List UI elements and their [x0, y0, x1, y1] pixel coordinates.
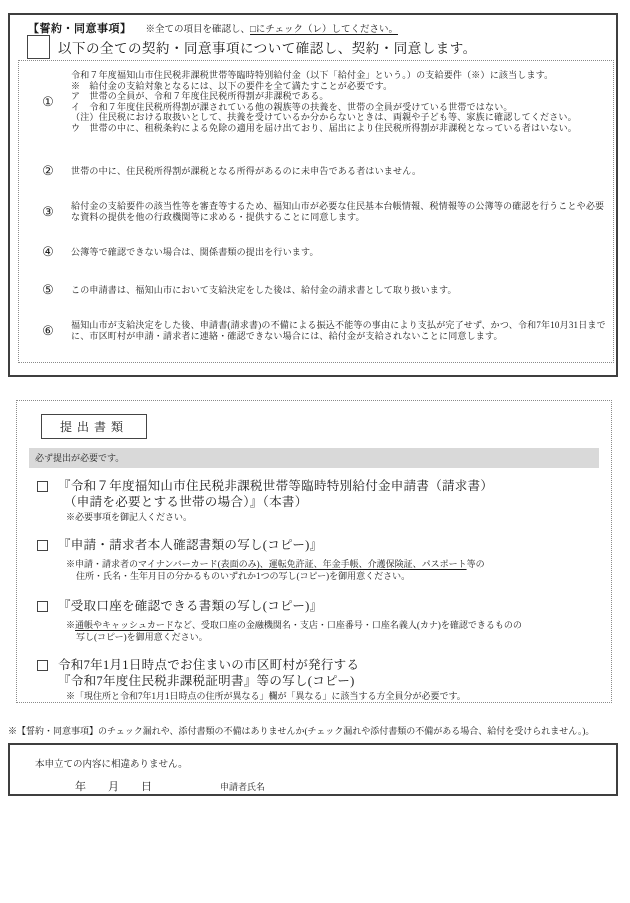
agreement-item: ①令和７年度福知山市住民税非課税世帯等臨時特別給付金（以下「給付金」という。）の…	[25, 70, 607, 133]
agreement-consent-row: 以下の全ての契約・同意事項について確認し、契約・同意します。	[27, 35, 607, 59]
agreement-title: 【誓約・同意事項】	[28, 23, 132, 35]
agreement-item: ③給付金の支給要件の該当性等を審査等するため、福知山市が必要な住民基本台帳情報、…	[25, 201, 607, 222]
agreement-item-number: ⑤	[25, 282, 71, 298]
document-note-plain: など、受取口座の金融機関名・支店・口座番号・口座名義人(カナ)を確認できるものの	[174, 620, 522, 630]
agreement-item: ④公簿等で確認できない場合は、関係書類の提出を行います。	[25, 244, 607, 260]
agreement-item-line: ウ 世帯の中に、租税条約による免除の適用を届け出ており、届出により住民税所得割が…	[71, 123, 607, 134]
date-day-label: 日	[141, 778, 152, 794]
document-item-content: 『令和７年度福知山市住民税非課税世帯等臨時特別給付金申請書（請求書） （申請を必…	[58, 478, 493, 524]
document-item-application-form: 『令和７年度福知山市住民税非課税世帯等臨時特別給付金申請書（請求書） （申請を必…	[29, 478, 599, 524]
declaration-section: 本申立ての内容に相違ありません。 年 月 日 申請者氏名	[8, 743, 618, 796]
agreement-item-line: イ 令和７年度住民税所得割が課されている他の親族等の扶養を、世帯の全員が受けてい…	[71, 102, 607, 113]
document-item-tax-exemption-certificate: 令和7年1月1日時点でお住まいの市区町村が発行する 『令和7年度住民税非課税証明…	[29, 657, 599, 703]
document-note: 住所・氏名・生年月日の分かるものいずれか1つの写し(コピー)を御用意ください。	[76, 571, 485, 583]
document-item-content: 『申請・請求者本人確認書類の写し(コピー)』 ※申請・請求者のマイナンバーカード…	[58, 537, 485, 583]
document-item-bank-account-proof: 『受取口座を確認できる書類の写し(コピー)』 ※通帳やキャッシュカードなど、受取…	[29, 598, 599, 644]
date-year-label: 年	[75, 778, 86, 794]
agreement-item-line: 世帯の中に、住民税所得割が課税となる所得があるのに未申告である者はいません。	[71, 166, 607, 177]
document-note-plain: ※申請・請求者の	[66, 559, 138, 569]
agreement-item-text: 福知山市が支給決定をした後、申請書(請求書)の不備による振込不能等の事由により支…	[71, 320, 607, 341]
agreement-item: ⑤この申請書は、福知山市において支給決定をした後は、給付金の請求書として取り扱い…	[25, 282, 607, 298]
agreement-items-list: ①令和７年度福知山市住民税非課税世帯等臨時特別給付金（以下「給付金」という。）の…	[18, 60, 614, 363]
agreement-item-line: 公簿等で確認できない場合は、関係書類の提出を行います。	[71, 247, 607, 258]
agreement-item-text: 公簿等で確認できない場合は、関係書類の提出を行います。	[71, 247, 607, 258]
document-note: ※申請・請求者のマイナンバーカード(表面のみ)、運転免許証、年金手帳、介護保険証…	[66, 559, 485, 571]
agreement-item-number: ④	[25, 244, 71, 260]
document-note: ※通帳やキャッシュカードなど、受取口座の金融機関名・支店・口座番号・口座名義人(…	[66, 620, 522, 632]
agreement-item-text: 令和７年度福知山市住民税非課税世帯等臨時特別給付金（以下「給付金」という。）の支…	[71, 70, 607, 133]
document-note-plain: ※	[66, 620, 75, 630]
document-checkbox-bank-account-proof[interactable]	[37, 601, 48, 612]
applicant-name-label: 申請者氏名	[220, 780, 265, 793]
documents-required-note: 必ず提出が必要です。	[29, 448, 599, 468]
agreement-item-line: 給付金の支給要件の該当性等を審査等するため、福知山市が必要な住民基本台帳情報、税…	[71, 201, 607, 222]
agreement-item-number: ⑥	[25, 323, 71, 339]
document-note: 写し(コピー)を御用意ください。	[76, 632, 522, 644]
document-checkbox-identity-proof[interactable]	[37, 540, 48, 551]
agreement-item-line: ア 世帯の全員が、令和７年度住民税所得割が非課税である。	[71, 91, 607, 102]
agreement-section: 【誓約・同意事項】※全ての項目を確認し、□にチェック（レ）してください。 以下の…	[8, 13, 618, 377]
agreement-instruction: ※全ての項目を確認し、□にチェック（レ）してください。	[146, 25, 398, 35]
document-checkbox-tax-exemption-certificate[interactable]	[37, 660, 48, 671]
agreement-header: 【誓約・同意事項】※全ての項目を確認し、□にチェック（レ）してください。	[10, 15, 616, 36]
documents-section: 提出書類 必ず提出が必要です。 『令和７年度福知山市住民税非課税世帯等臨時特別給…	[16, 400, 612, 703]
document-title-line: 令和7年1月1日時点でお住まいの市区町村が発行する	[58, 657, 466, 673]
agreement-item-line: （注）住民税における取扱いとして、扶養を受けているか分からないときは、両親や子ど…	[71, 112, 607, 123]
date-month-label: 月	[108, 778, 119, 794]
final-check-warning: ※【誓約・同意事項】のチェック漏れや、添付書類の不備はありませんか(チェック漏れ…	[8, 724, 624, 737]
document-note: ※必要事項を御記入ください。	[66, 512, 493, 524]
document-note-underlined: 通帳やキャッシュカード	[75, 620, 174, 630]
agreement-item-number: ②	[25, 163, 71, 179]
agree-all-checkbox[interactable]	[27, 35, 50, 59]
agreement-item-line: この申請書は、福知山市において支給決定をした後は、給付金の請求書として取り扱いま…	[71, 285, 607, 296]
document-note-plain: 等の	[467, 559, 485, 569]
document-title-line: 『令和7年度住民税非課税証明書』等の写し(コピー)	[58, 673, 466, 689]
agreement-item-line: 福知山市が支給決定をした後、申請書(請求書)の不備による振込不能等の事由により支…	[71, 320, 607, 341]
agreement-item-text: 世帯の中に、住民税所得割が課税となる所得があるのに未申告である者はいません。	[71, 166, 607, 177]
declaration-statement: 本申立ての内容に相違ありません。	[35, 756, 188, 770]
document-title-line: （申請を必要とする世帯の場合）』（本書）	[64, 494, 493, 510]
document-title-line: 『受取口座を確認できる書類の写し(コピー)』	[58, 598, 522, 614]
document-note-underlined: マイナンバーカード(表面のみ)、運転免許証、年金手帳、介護保険証、パスポート	[138, 559, 467, 569]
documents-section-title: 提出書類	[41, 414, 147, 439]
document-item-content: 令和7年1月1日時点でお住まいの市区町村が発行する 『令和7年度住民税非課税証明…	[58, 657, 466, 703]
agreement-instruction-plain: ※全ての項目を確認し、	[146, 25, 251, 35]
document-checkbox-application-form[interactable]	[37, 481, 48, 492]
agreement-item-line: 令和７年度福知山市住民税非課税世帯等臨時特別給付金（以下「給付金」という。）の支…	[71, 70, 607, 81]
document-note: ※「現住所と令和7年1月1日時点の住所が異なる」欄が「異なる」に該当する方全員分…	[66, 691, 466, 703]
agreement-item-text: この申請書は、福知山市において支給決定をした後は、給付金の請求書として取り扱いま…	[71, 285, 607, 296]
agreement-item-number: ①	[25, 94, 71, 110]
agreement-instruction-underlined: □にチェック（レ）してください。	[250, 25, 398, 35]
agreement-consent-statement: 以下の全ての契約・同意事項について確認し、契約・同意します。	[58, 37, 477, 57]
document-item-identity-proof: 『申請・請求者本人確認書類の写し(コピー)』 ※申請・請求者のマイナンバーカード…	[29, 537, 599, 583]
document-title-line: 『令和７年度福知山市住民税非課税世帯等臨時特別給付金申請書（請求書）	[58, 478, 493, 494]
agreement-item-number: ③	[25, 204, 71, 220]
agreement-item-line: ※ 給付金の支給対象となるには、以下の要件を全て満たすことが必要です。	[71, 81, 607, 92]
document-item-content: 『受取口座を確認できる書類の写し(コピー)』 ※通帳やキャッシュカードなど、受取…	[58, 598, 522, 644]
agreement-item-text: 給付金の支給要件の該当性等を審査等するため、福知山市が必要な住民基本台帳情報、税…	[71, 201, 607, 222]
agreement-item: ⑥福知山市が支給決定をした後、申請書(請求書)の不備による振込不能等の事由により…	[25, 320, 607, 341]
document-title-line: 『申請・請求者本人確認書類の写し(コピー)』	[58, 537, 485, 553]
agreement-item: ②世帯の中に、住民税所得割が課税となる所得があるのに未申告である者はいません。	[25, 163, 607, 179]
